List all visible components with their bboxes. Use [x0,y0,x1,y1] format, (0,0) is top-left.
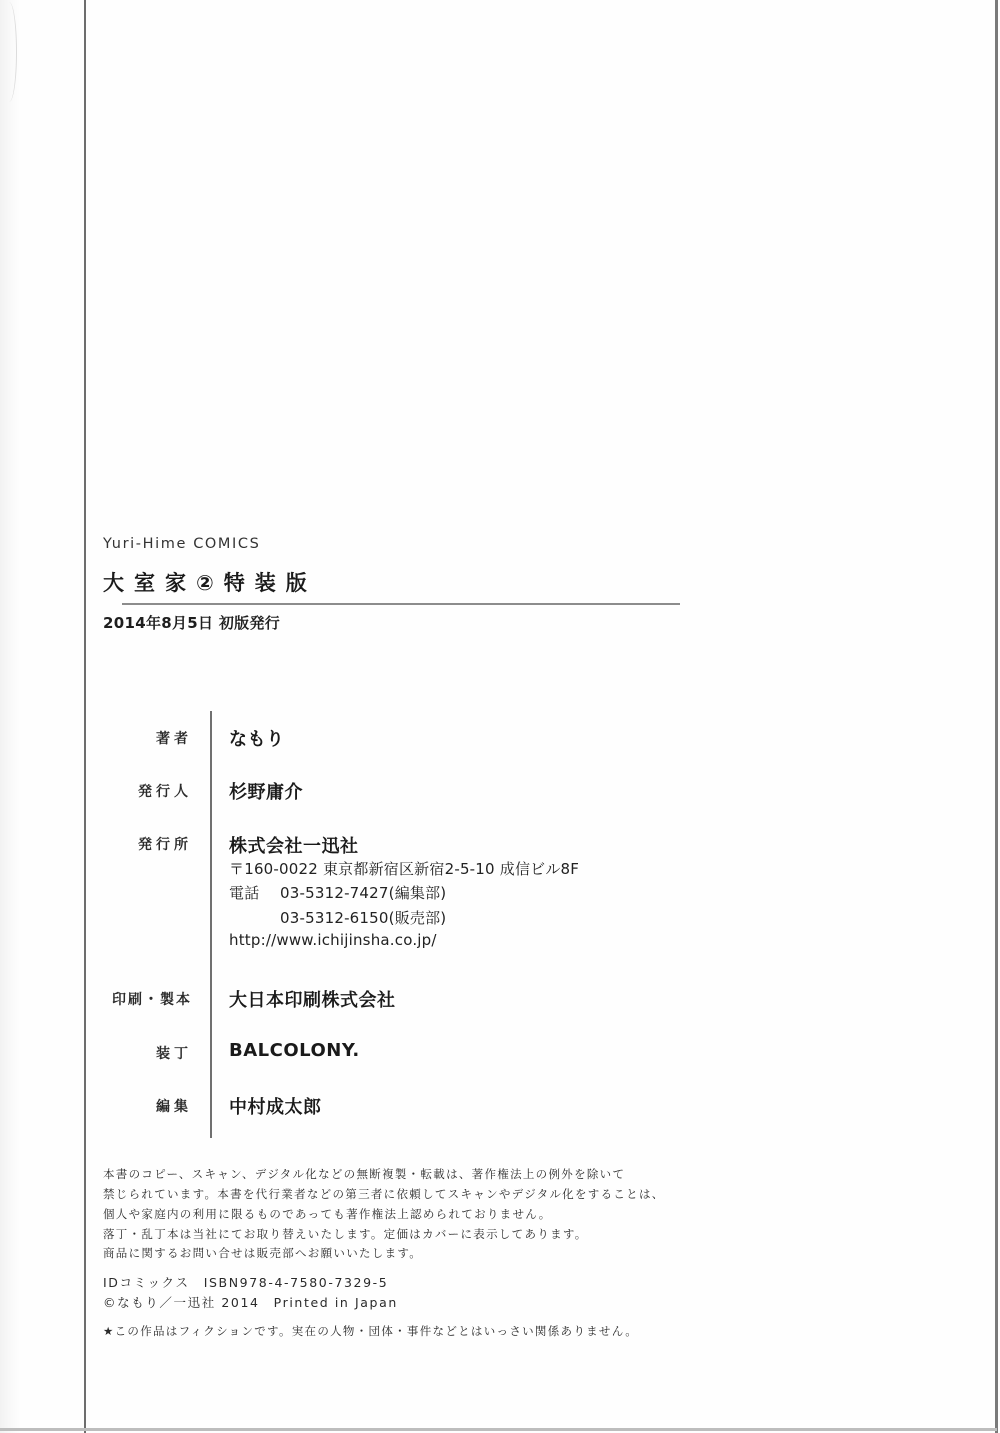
credit-value-author: なもり [229,725,285,751]
page-right-edge [995,0,998,1433]
page-bottom-edge [0,1428,997,1431]
credit-value-design: BALCOLONY. [229,1040,360,1061]
phone-editorial: 03-5312-7427(編集部) [280,882,446,903]
notice-line-4: 落丁・乱丁本は当社にてお取り替えいたします。定価はカバーに表示してあります。 [103,1226,588,1242]
isbn-line: IDコミックス ISBN978-4-7580-7329-5 [103,1273,388,1291]
credit-label-publisher-person: 発行人 [100,781,192,801]
book-title: 大室家②特装版 [103,567,317,597]
publisher-address: 〒160-0022 東京都新宿区新宿2-5-10 成信ビル8F [229,858,579,879]
publication-date: 2014年8月5日 初版発行 [103,612,280,633]
credit-value-editor: 中村成太郎 [229,1093,322,1119]
credit-label-publishing-house: 発行所 [100,834,192,854]
credits-separator [210,711,212,1138]
series-name: Yuri-Hime COMICS [103,536,260,552]
copyright-line: ©なもり／一迅社 2014 Printed in Japan [103,1293,398,1311]
title-divider [122,603,680,605]
phone-label: 電話 [229,882,259,903]
colophon-page: Yuri-Hime COMICS 大室家②特装版 2014年8月5日 初版発行 … [0,0,1000,1433]
credit-value-publisher-person: 杉野庸介 [229,778,303,804]
phone-sales: 03-5312-6150(販売部) [280,907,446,928]
fiction-disclaimer: ★この作品はフィクションです。実在の人物・団体・事件などとはいっさい関係ありませ… [103,1323,638,1339]
gutter-line [84,0,86,1433]
credit-value-printing: 大日本印刷株式会社 [229,986,396,1012]
credit-label-author: 著者 [100,728,192,748]
credit-label-printing: 印刷・製本 [100,989,192,1009]
notice-line-5: 商品に関するお問い合せは販売部へお願いいたします。 [103,1245,422,1261]
notice-line-2: 禁じられています。本書を代行業者などの第三者に依頼してスキャンやデジタル化をする… [103,1186,665,1202]
credit-label-design: 装丁 [100,1043,192,1063]
notice-line-1: 本書のコピー、スキャン、デジタル化などの無断複製・転載は、著作権法上の例外を除い… [103,1166,625,1182]
publisher-url[interactable]: http://www.ichijinsha.co.jp/ [229,931,437,949]
credit-value-publishing-house: 株式会社一迅社 [229,832,359,858]
notice-line-3: 個人や家庭内の利用に限るものであっても著作権法上認められておりません。 [103,1206,552,1222]
credit-label-editor: 編集 [100,1096,192,1116]
scan-edge-shadow [0,0,20,1433]
